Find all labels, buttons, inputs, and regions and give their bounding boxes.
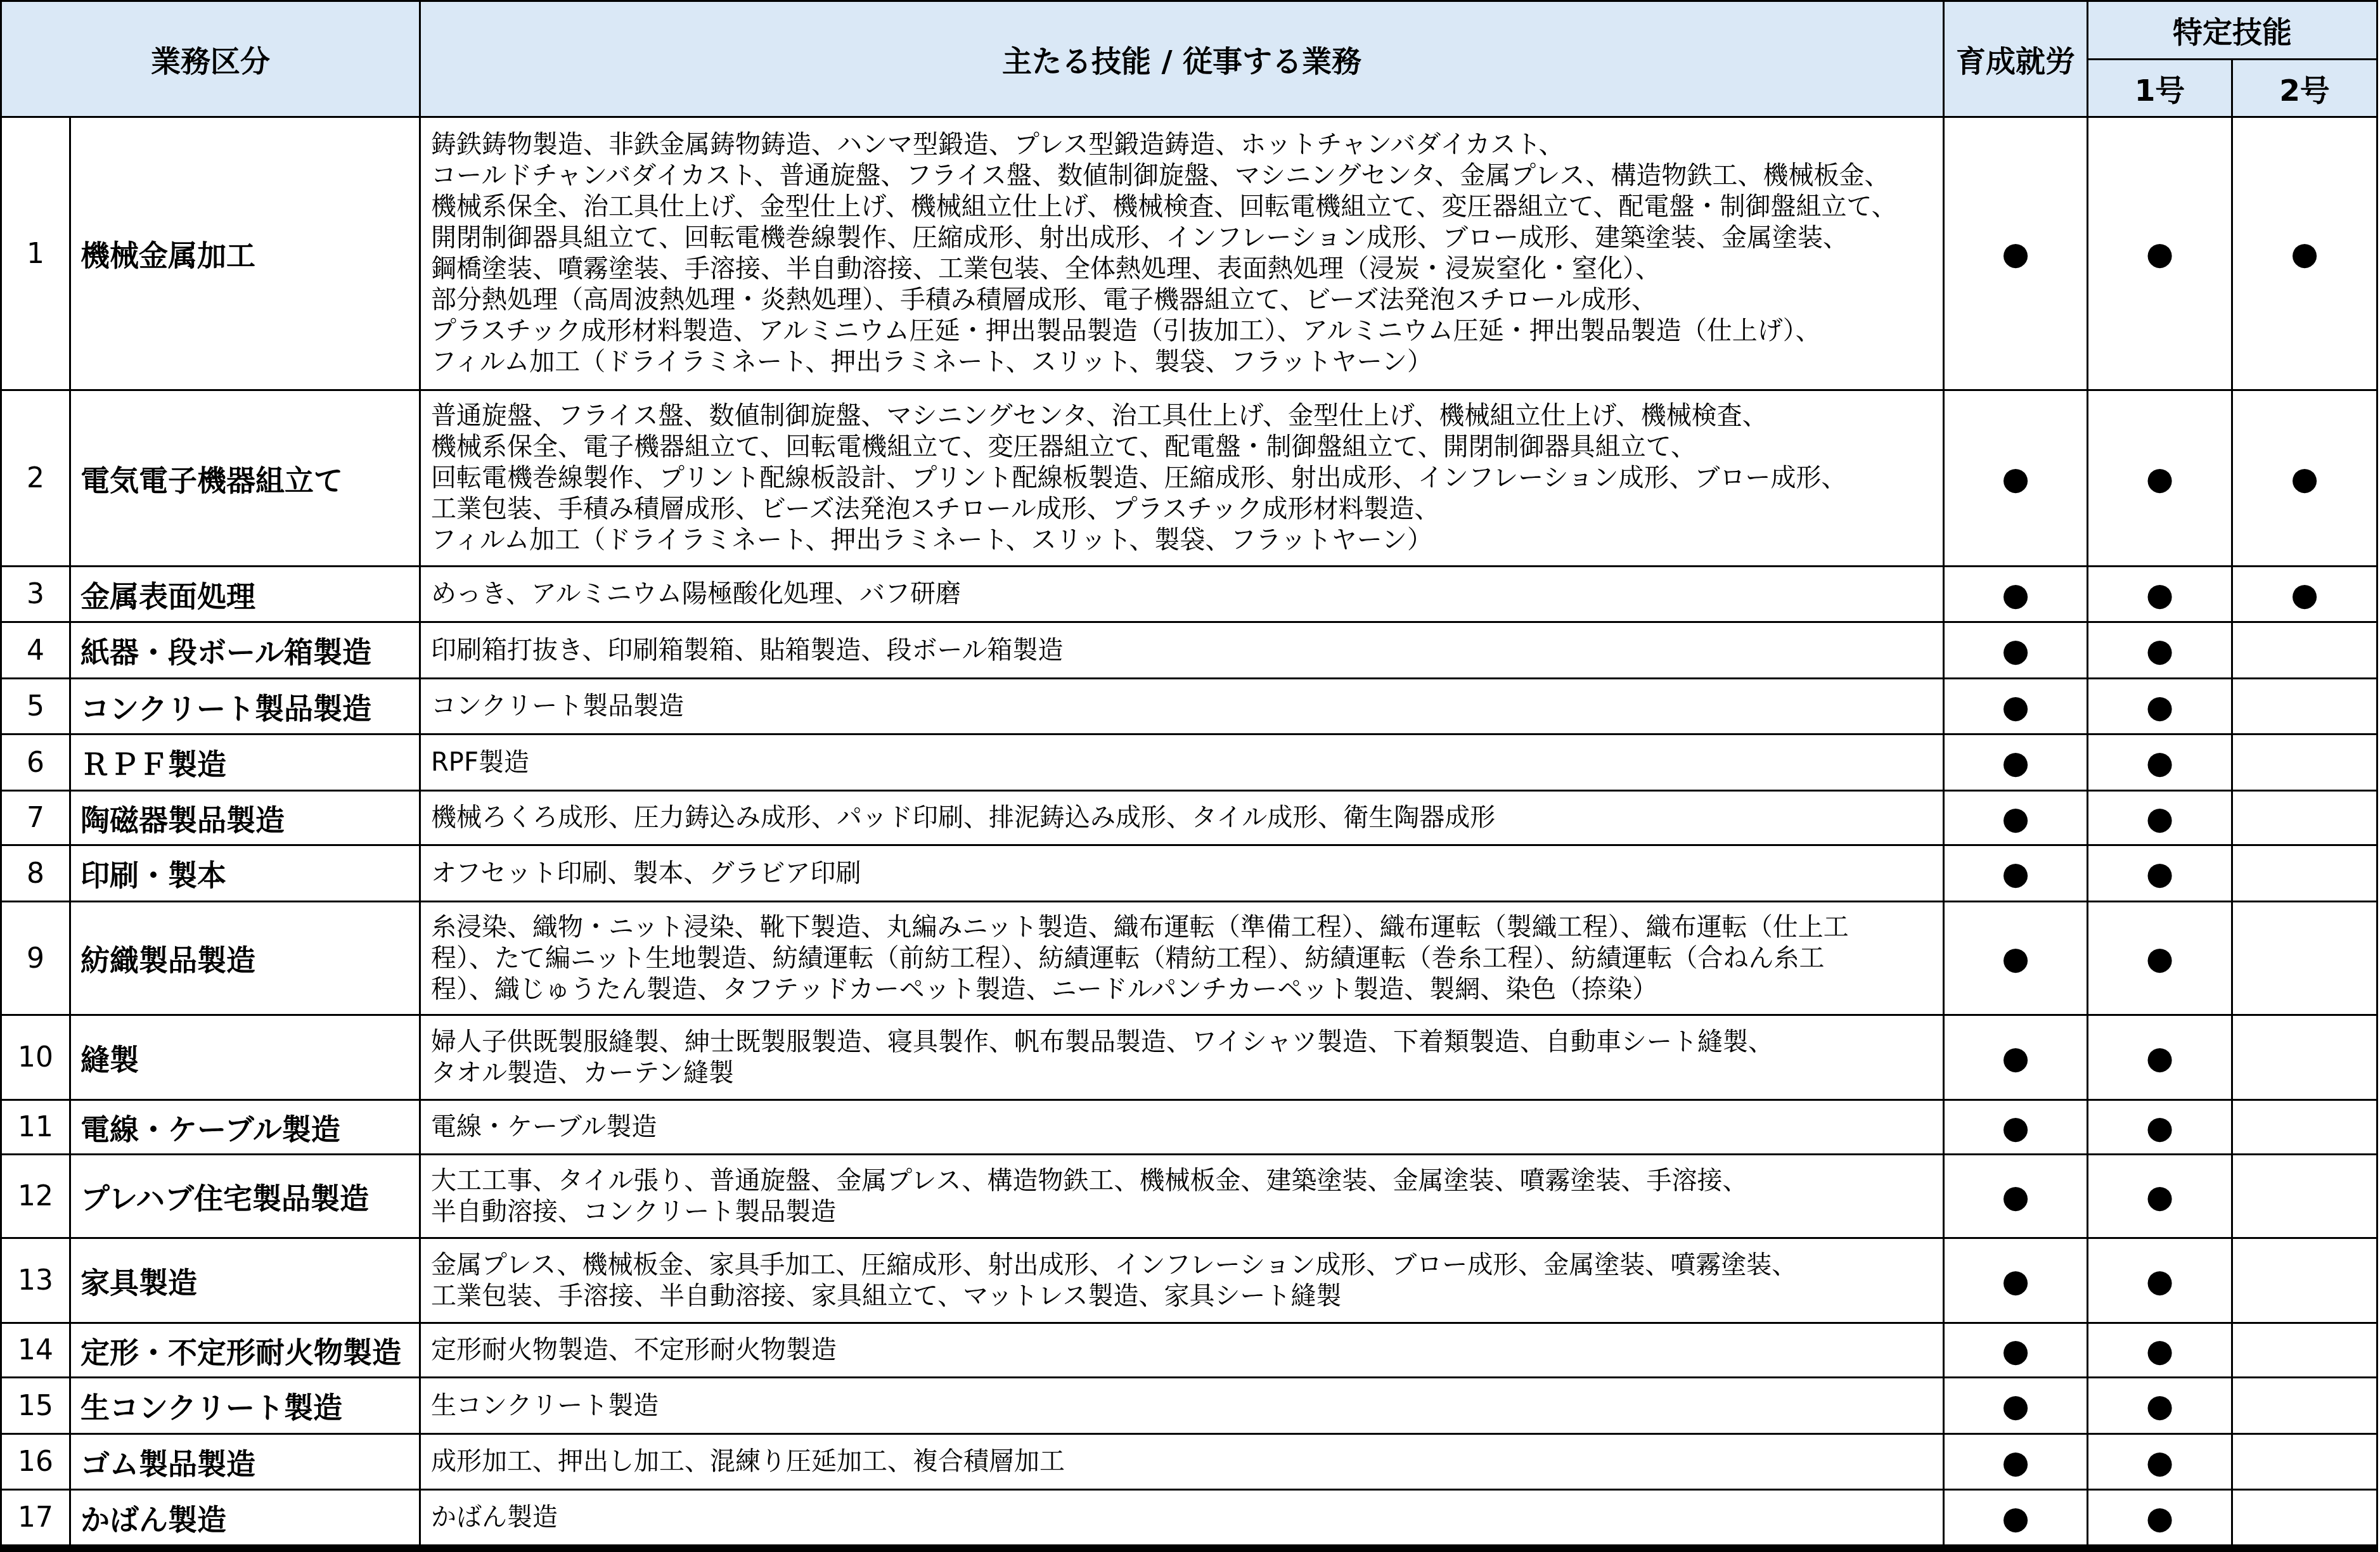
row-number: 9: [2, 902, 69, 1014]
circle-mark-icon: ●: [2146, 747, 2174, 778]
skill-line: フィルム加工（ドライラミネート、押出ラミネート、スリット、製袋、フラットヤーン）: [431, 347, 1432, 378]
skill-line: 程）、織じゅうたん製造、タフテッドカーペット製造、ニードルパンチカーペット製造、…: [431, 974, 1657, 1005]
row-number: 10: [2, 1016, 69, 1099]
skills-cell: 生コンクリート製造: [421, 1378, 1943, 1433]
mark-tokutei-2go: [2233, 1016, 2376, 1099]
circle-mark-icon: ●: [2146, 857, 2174, 889]
mark-ikusei-shuro: ●: [1945, 1016, 2087, 1099]
mark-tokutei-2go: [2233, 1155, 2376, 1237]
skills-cell: 電線・ケーブル製造: [421, 1101, 1943, 1153]
circle-mark-icon: ●: [2002, 1502, 2029, 1534]
mark-ikusei-shuro: ●: [1945, 1378, 2087, 1433]
row-number: 13: [2, 1239, 69, 1322]
row-number: 1: [2, 118, 69, 389]
mark-tokutei-2go: [2233, 1435, 2376, 1489]
business-category: 陶磁器製品製造: [71, 792, 419, 844]
header-tokutei-gino: 特定技能: [2088, 2, 2376, 58]
mark-tokutei-1go: ●: [2088, 567, 2231, 621]
skill-line: 回転電機巻線製作、プリント配線板設計、プリント配線板製造、圧縮成形、射出成形、イ…: [431, 463, 1847, 494]
circle-mark-icon: ●: [2146, 1042, 2174, 1074]
business-category: プレハブ住宅製品製造: [71, 1155, 419, 1237]
row-number: 14: [2, 1324, 69, 1376]
skills-cell: 定形耐火物製造、不定形耐火物製造: [421, 1324, 1943, 1376]
mark-ikusei-shuro: ●: [1945, 623, 2087, 677]
skills-cell: コンクリート製品製造: [421, 679, 1943, 733]
row-number: 3: [2, 567, 69, 621]
circle-mark-icon: ●: [2002, 1265, 2029, 1297]
mark-ikusei-shuro: ●: [1945, 792, 2087, 844]
circle-mark-icon: ●: [2002, 1112, 2029, 1143]
mark-ikusei-shuro: ●: [1945, 1239, 2087, 1322]
skill-line: 大工工事、タイル張り、普通旋盤、金属プレス、構造物鉄工、機械板金、建築塗装、金属…: [431, 1165, 1748, 1196]
mark-tokutei-1go: ●: [2088, 623, 2231, 677]
circle-mark-icon: ●: [2146, 1112, 2174, 1143]
header-business-category: 業務区分: [2, 2, 419, 116]
row-number: 16: [2, 1435, 69, 1489]
circle-mark-icon: ●: [2002, 463, 2029, 494]
skill-line: 工業包装、手溶接、半自動溶接、家具組立て、マットレス製造、家具シート縫製: [431, 1281, 1341, 1312]
row-number: 4: [2, 623, 69, 677]
mark-tokutei-2go: [2233, 792, 2376, 844]
business-category: 電気電子機器組立て: [71, 391, 419, 565]
skills-cell: 成形加工、押出し加工、混練り圧延加工、複合積層加工: [421, 1435, 1943, 1489]
circle-mark-icon: ●: [2146, 634, 2174, 666]
business-category: ＲＰＦ製造: [71, 735, 419, 790]
mark-tokutei-1go: ●: [2088, 1155, 2231, 1237]
mark-ikusei-shuro: ●: [1945, 902, 2087, 1014]
skill-line: コールドチャンバダイカスト、普通旋盤、フライス盤、数値制御旋盤、マシニングセンタ…: [431, 160, 1890, 191]
job-category-table: 業務区分 主たる技能 / 従事する業務 育成就労 特定技能 1号 2号 1 機械…: [0, 0, 2378, 1552]
mark-tokutei-2go: ●: [2233, 567, 2376, 621]
row-number: 15: [2, 1378, 69, 1433]
mark-tokutei-2go: [2233, 902, 2376, 1014]
skills-cell: 印刷箱打抜き、印刷箱製箱、貼箱製造、段ボール箱製造: [421, 623, 1943, 677]
skill-line: オフセット印刷、製本、グラビア印刷: [431, 858, 861, 889]
mark-tokutei-1go: ●: [2088, 1239, 2231, 1322]
circle-mark-icon: ●: [2002, 857, 2029, 889]
mark-ikusei-shuro: ●: [1945, 1155, 2087, 1237]
circle-mark-icon: ●: [2146, 691, 2174, 722]
business-category: 電線・ケーブル製造: [71, 1101, 419, 1153]
skill-line: 開閉制御器具組立て、回転電機巻線製作、圧縮成形、射出成形、インフレーション成形、…: [431, 222, 1848, 253]
mark-tokutei-2go: [2233, 1491, 2376, 1544]
mark-tokutei-2go: [2233, 846, 2376, 901]
mark-tokutei-2go: ●: [2233, 118, 2376, 389]
skill-line: 婦人子供既製服縫製、紳士既製服製造、寝具製作、帆布製品製造、ワイシャツ製造、下着…: [431, 1027, 1773, 1058]
business-category: 紡織製品製造: [71, 902, 419, 1014]
skill-line: 機械ろくろ成形、圧力鋳込み成形、パッド印刷、排泥鋳込み成形、タイル成形、衛生陶器…: [431, 802, 1495, 833]
mark-ikusei-shuro: ●: [1945, 1101, 2087, 1153]
header-main-skills: 主たる技能 / 従事する業務: [421, 2, 1943, 116]
skill-line: 定形耐火物製造、不定形耐火物製造: [431, 1335, 837, 1366]
row-number: 2: [2, 391, 69, 565]
skill-line: 金属プレス、機械板金、家具手加工、圧縮成形、射出成形、インフレーション成形、ブロ…: [431, 1250, 1797, 1281]
skill-line: 成形加工、押出し加工、混練り圧延加工、複合積層加工: [431, 1446, 1065, 1477]
circle-mark-icon: ●: [2002, 1446, 2029, 1478]
skill-line: 鋼橋塗装、噴霧塗装、手溶接、半自動溶接、工業包装、全体熱処理、表面熱処理（浸炭・…: [431, 253, 1661, 285]
skills-cell: 機械ろくろ成形、圧力鋳込み成形、パッド印刷、排泥鋳込み成形、タイル成形、衛生陶器…: [421, 792, 1943, 844]
skill-line: プラスチック成形材料製造、アルミニウム圧延・押出製品製造（引抜加工）、アルミニウ…: [431, 316, 1821, 347]
mark-tokutei-2go: [2233, 1101, 2376, 1153]
mark-tokutei-1go: ●: [2088, 1016, 2231, 1099]
skills-cell: 普通旋盤、フライス盤、数値制御旋盤、マシニングセンタ、治工具仕上げ、金型仕上げ、…: [421, 391, 1943, 565]
circle-mark-icon: ●: [2146, 1390, 2174, 1421]
circle-mark-icon: ●: [2146, 238, 2174, 269]
business-category: 金属表面処理: [71, 567, 419, 621]
business-category: 定形・不定形耐火物製造: [71, 1324, 419, 1376]
business-category: 生コンクリート製造: [71, 1378, 419, 1433]
circle-mark-icon: ●: [2002, 634, 2029, 666]
skills-cell: かばん製造: [421, 1491, 1943, 1544]
mark-tokutei-2go: [2233, 1324, 2376, 1376]
skill-line: コンクリート製品製造: [431, 691, 684, 722]
mark-ikusei-shuro: ●: [1945, 567, 2087, 621]
business-category: かばん製造: [71, 1491, 419, 1544]
circle-mark-icon: ●: [2146, 802, 2174, 834]
row-number: 6: [2, 735, 69, 790]
skill-line: 部分熱処理（高周波熱処理・炎熱処理）、手積み積層成形、電子機器組立て、ビーズ法発…: [431, 285, 1657, 316]
skill-line: かばん製造: [431, 1502, 558, 1533]
mark-tokutei-2go: [2233, 1378, 2376, 1433]
skills-cell: オフセット印刷、製本、グラビア印刷: [421, 846, 1943, 901]
mark-tokutei-1go: ●: [2088, 1324, 2231, 1376]
circle-mark-icon: ●: [2146, 1502, 2174, 1534]
skill-line: タオル製造、カーテン縫製: [431, 1058, 734, 1089]
skill-line: 程）、たて編ニット生地製造、紡績運転（前紡工程）、紡績運転（精紡工程）、紡績運転…: [431, 943, 1824, 974]
business-category: 家具製造: [71, 1239, 419, 1322]
mark-tokutei-2go: [2233, 735, 2376, 790]
skill-line: 電線・ケーブル製造: [431, 1112, 657, 1143]
circle-mark-icon: ●: [2002, 1042, 2029, 1074]
skills-cell: RPF製造: [421, 735, 1943, 790]
skill-line: 生コンクリート製造: [431, 1390, 659, 1421]
mark-ikusei-shuro: ●: [1945, 1435, 2087, 1489]
skills-cell: 大工工事、タイル張り、普通旋盤、金属プレス、構造物鉄工、機械板金、建築塗装、金属…: [421, 1155, 1943, 1237]
row-number: 5: [2, 679, 69, 733]
skill-line: 機械系保全、電子機器組立て、回転電機組立て、変圧器組立て、配電盤・制御盤組立て、…: [431, 432, 1696, 463]
skills-cell: 鋳鉄鋳物製造、非鉄金属鋳物鋳造、ハンマ型鍛造、プレス型鍛造鋳造、ホットチャンバダ…: [421, 118, 1943, 389]
mark-tokutei-1go: ●: [2088, 679, 2231, 733]
mark-tokutei-2go: [2233, 679, 2376, 733]
mark-tokutei-2go: [2233, 623, 2376, 677]
mark-tokutei-1go: ●: [2088, 1435, 2231, 1489]
mark-tokutei-1go: ●: [2088, 1378, 2231, 1433]
mark-ikusei-shuro: ●: [1945, 846, 2087, 901]
skill-line: 普通旋盤、フライス盤、数値制御旋盤、マシニングセンタ、治工具仕上げ、金型仕上げ、…: [431, 401, 1768, 432]
mark-ikusei-shuro: ●: [1945, 735, 2087, 790]
skills-cell: 金属プレス、機械板金、家具手加工、圧縮成形、射出成形、インフレーション成形、ブロ…: [421, 1239, 1943, 1322]
circle-mark-icon: ●: [2002, 942, 2029, 974]
mark-tokutei-1go: ●: [2088, 735, 2231, 790]
skill-line: 機械系保全、治工具仕上げ、金型仕上げ、機械組立仕上げ、機械検査、回転電機組立て、…: [431, 191, 1897, 222]
mark-ikusei-shuro: ●: [1945, 391, 2087, 565]
circle-mark-icon: ●: [2291, 579, 2319, 610]
circle-mark-icon: ●: [2291, 238, 2319, 269]
circle-mark-icon: ●: [2146, 942, 2174, 974]
business-category: コンクリート製品製造: [71, 679, 419, 733]
header-ikusei-shuro: 育成就労: [1945, 2, 2087, 116]
circle-mark-icon: ●: [2291, 463, 2319, 494]
circle-mark-icon: ●: [2146, 1181, 2174, 1212]
mark-tokutei-1go: ●: [2088, 1491, 2231, 1544]
skill-line: 工業包装、手積み積層成形、ビーズ法発泡スチロール成形、プラスチック成形材料製造、: [431, 494, 1440, 525]
skills-cell: 婦人子供既製服縫製、紳士既製服製造、寝具製作、帆布製品製造、ワイシャツ製造、下着…: [421, 1016, 1943, 1099]
circle-mark-icon: ●: [2146, 579, 2174, 610]
mark-tokutei-1go: ●: [2088, 1101, 2231, 1153]
business-category: 縫製: [71, 1016, 419, 1099]
skills-cell: 糸浸染、織物・ニット浸染、靴下製造、丸編みニット製造、織布運転（準備工程）、織布…: [421, 902, 1943, 1014]
skills-cell: めっき、アルミニウム陽極酸化処理、バフ研磨: [421, 567, 1943, 621]
mark-tokutei-2go: ●: [2233, 391, 2376, 565]
circle-mark-icon: ●: [2002, 1335, 2029, 1366]
skill-line: 半自動溶接、コンクリート製品製造: [431, 1196, 836, 1228]
mark-tokutei-1go: ●: [2088, 902, 2231, 1014]
circle-mark-icon: ●: [2002, 747, 2029, 778]
row-number: 11: [2, 1101, 69, 1153]
circle-mark-icon: ●: [2002, 802, 2029, 834]
circle-mark-icon: ●: [2002, 1181, 2029, 1212]
mark-tokutei-2go: [2233, 1239, 2376, 1322]
circle-mark-icon: ●: [2146, 1446, 2174, 1478]
skill-line: 印刷箱打抜き、印刷箱製箱、貼箱製造、段ボール箱製造: [431, 635, 1064, 666]
skill-line: めっき、アルミニウム陽極酸化処理、バフ研磨: [431, 579, 961, 610]
circle-mark-icon: ●: [2002, 579, 2029, 610]
mark-tokutei-1go: ●: [2088, 118, 2231, 389]
circle-mark-icon: ●: [2002, 238, 2029, 269]
row-number: 17: [2, 1491, 69, 1544]
mark-tokutei-1go: ●: [2088, 846, 2231, 901]
row-number: 7: [2, 792, 69, 844]
circle-mark-icon: ●: [2146, 463, 2174, 494]
mark-tokutei-1go: ●: [2088, 792, 2231, 844]
header-tokutei-2go: 2号: [2233, 60, 2376, 116]
business-category: 紙器・段ボール箱製造: [71, 623, 419, 677]
row-number: 8: [2, 846, 69, 901]
circle-mark-icon: ●: [2002, 1390, 2029, 1421]
mark-ikusei-shuro: ●: [1945, 118, 2087, 389]
mark-ikusei-shuro: ●: [1945, 679, 2087, 733]
business-category: ゴム製品製造: [71, 1435, 419, 1489]
circle-mark-icon: ●: [2002, 691, 2029, 722]
row-number: 12: [2, 1155, 69, 1237]
skill-line: 鋳鉄鋳物製造、非鉄金属鋳物鋳造、ハンマ型鍛造、プレス型鍛造鋳造、ホットチャンバダ…: [431, 129, 1564, 160]
mark-ikusei-shuro: ●: [1945, 1324, 2087, 1376]
business-category: 印刷・製本: [71, 846, 419, 901]
mark-tokutei-1go: ●: [2088, 391, 2231, 565]
header-tokutei-1go: 1号: [2088, 60, 2231, 116]
circle-mark-icon: ●: [2146, 1335, 2174, 1366]
skill-line: 糸浸染、織物・ニット浸染、靴下製造、丸編みニット製造、織布運転（準備工程）、織布…: [431, 912, 1849, 943]
mark-ikusei-shuro: ●: [1945, 1491, 2087, 1544]
skill-line: RPF製造: [431, 747, 529, 778]
business-category: 機械金属加工: [71, 118, 419, 389]
circle-mark-icon: ●: [2146, 1265, 2174, 1297]
skill-line: フィルム加工（ドライラミネート、押出ラミネート、スリット、製袋、フラットヤーン）: [431, 525, 1432, 556]
